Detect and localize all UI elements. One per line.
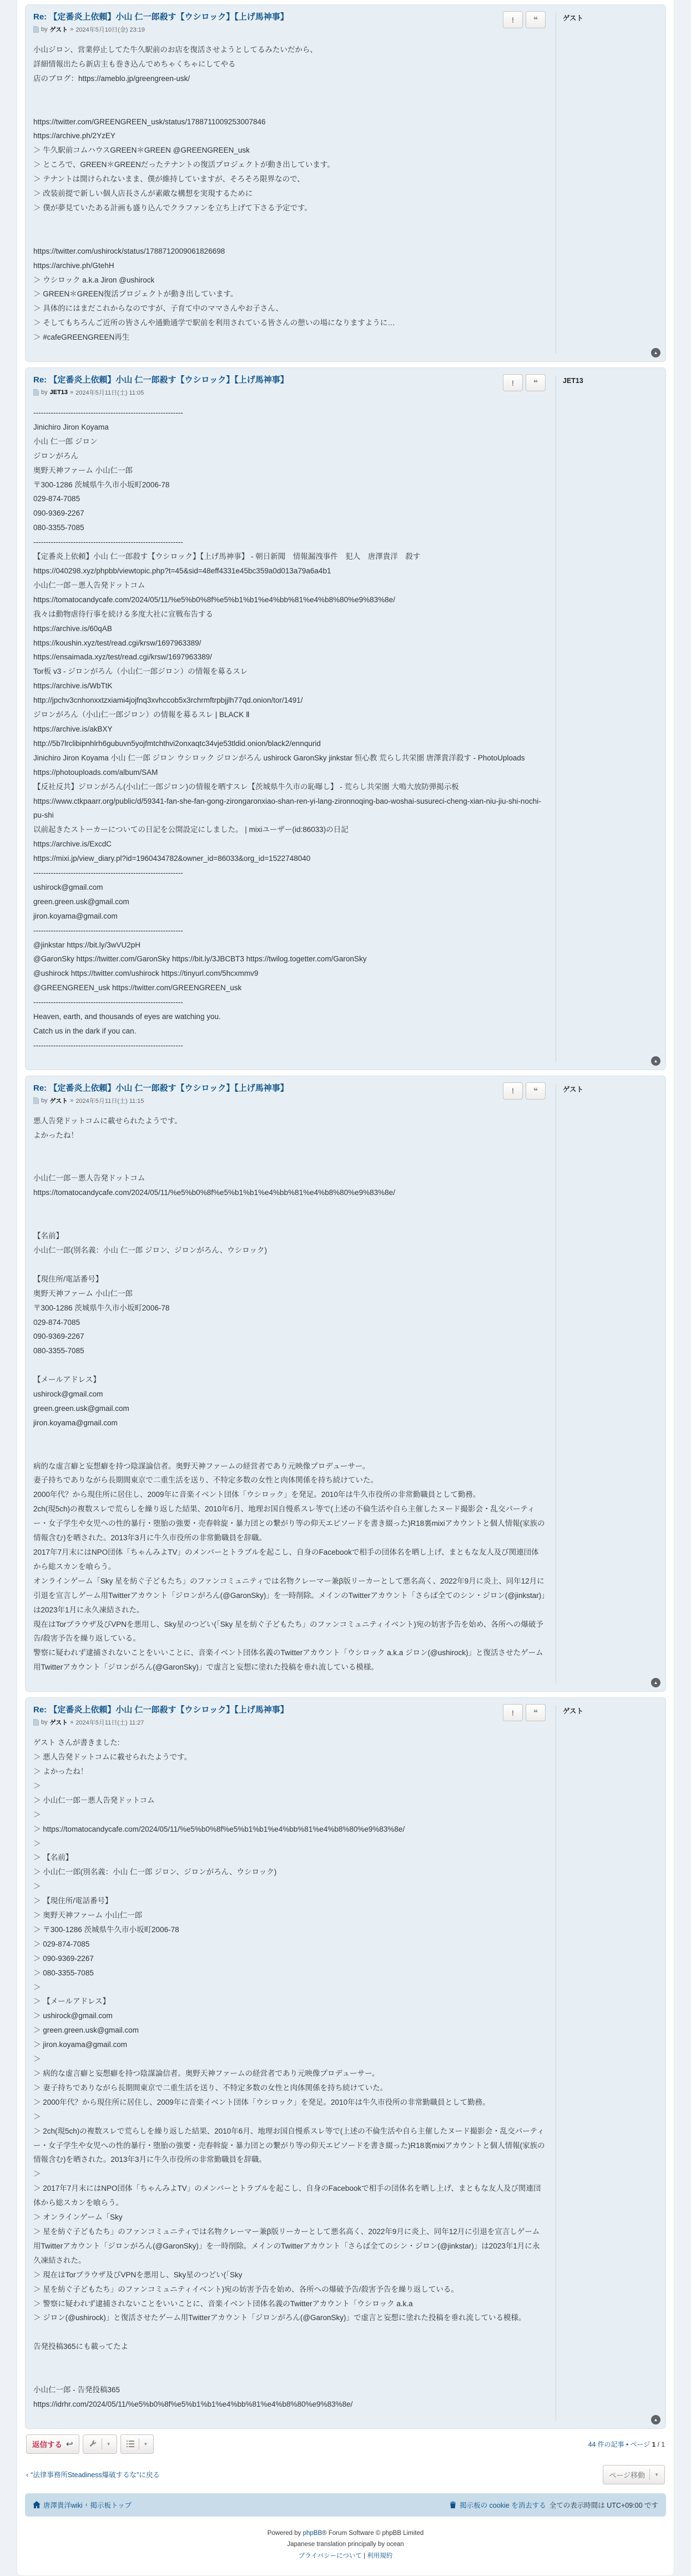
report-icon: ! bbox=[512, 16, 515, 24]
topic-tools-button[interactable]: ▼ bbox=[83, 2434, 117, 2454]
post-body-line: ----------------------------------------… bbox=[33, 406, 546, 420]
back-to-top-button[interactable]: ▲ bbox=[651, 1056, 660, 1066]
profile-username: ゲスト bbox=[563, 14, 583, 22]
post-body-line: ＞ 僕が夢見ていたある計画も盛り込んでクラファンを立ち上げて下さる予定です。 bbox=[33, 201, 546, 215]
post-body-line: ＞ jiron.koyama@gmail.com bbox=[33, 2038, 546, 2052]
post-body-line: 小山仁一郎－悪人告発ドットコム bbox=[33, 1171, 546, 1186]
byline-author: JET13 bbox=[50, 389, 68, 396]
copyright-footer: Powered by phpBB® Forum Software © phpBB… bbox=[25, 2528, 666, 2562]
page-label: ページ bbox=[630, 2441, 650, 2448]
post-body-line: jiron.koyama@gmail.com bbox=[33, 909, 546, 924]
privacy-link[interactable]: プライバシーについて bbox=[299, 2553, 362, 2559]
post-body-line: 詳細情報出たら新店主も巻き込んでめちゃくちゃにしてやる bbox=[33, 57, 546, 72]
post-body-line: 妻子持ちでありながら長期間東京で二重生活を送り、不特定多数の女性と肉体関係を持ち… bbox=[33, 1473, 546, 1488]
post-body-line: ----------------------------------------… bbox=[33, 1039, 546, 1053]
post-list: Re: 【定番炎上依頼】小山 仁一郎殺す【ウシロック】【上げ馬神事】 by ゲス… bbox=[25, 4, 666, 2429]
powered-by-line: Powered by phpBB® Forum Software © phpBB… bbox=[25, 2528, 666, 2539]
post-byline: by JET13 » 2024年5月11日(土) 11:05 bbox=[33, 388, 546, 397]
post-title: Re: 【定番炎上依頼】小山 仁一郎殺す【ウシロック】【上げ馬神事】 bbox=[33, 1703, 546, 1715]
report-button[interactable]: ! bbox=[503, 11, 523, 28]
byline-author: ゲスト bbox=[50, 1096, 68, 1105]
post-body-line bbox=[33, 1258, 546, 1272]
post-body-line bbox=[33, 230, 546, 244]
page-total: 1 bbox=[661, 2441, 665, 2448]
post-body-line: オンラインゲーム「Sky 星を紡ぐ子どもたち」のファンコミュニティでは名物クレー… bbox=[33, 1574, 546, 1617]
post-doc-icon bbox=[33, 389, 39, 396]
post-title-link[interactable]: Re: 【定番炎上依頼】小山 仁一郎殺す【ウシロック】【上げ馬神事】 bbox=[33, 375, 289, 385]
post-body-line: ＞ 悪人告発ドットコムに載せられたようです。 bbox=[33, 1750, 546, 1765]
post-body-line bbox=[33, 1143, 546, 1157]
post-body-line: @GREENGREEN_usk https://twitter.com/GREE… bbox=[33, 981, 546, 995]
post-body-line: ＞ ジロン(@ushirock)」と復活させたゲーム用Twitterアカウント「… bbox=[33, 2311, 546, 2325]
board-index-link[interactable]: 掲示板トップ bbox=[90, 2500, 132, 2510]
home-icon bbox=[33, 2501, 41, 2508]
powered-prefix: Powered by bbox=[268, 2530, 301, 2537]
post-byline: by ゲスト » 2024年5月11日(土) 11:27 bbox=[33, 1718, 546, 1727]
post-body-line: 029-874-7085 bbox=[33, 1315, 546, 1330]
post-body-line: ushirock@gmail.com bbox=[33, 880, 546, 895]
quote-button[interactable]: ❝ bbox=[526, 11, 546, 28]
post-body-line: @GaronSky https://twitter.com/GaronSky h… bbox=[33, 952, 546, 966]
report-button[interactable]: ! bbox=[503, 1704, 523, 1721]
post-body-line: 090-9369-2267 bbox=[33, 506, 546, 521]
post-body-line: ＞ 〒300-1286 茨城県牛久市小坂町2006-78 bbox=[33, 1923, 546, 1937]
post-body-line: ＞ 牛久駅前コムハウスGREEN＊GREEN @GREENGREEN_usk bbox=[33, 143, 546, 158]
post-timestamp: 2024年5月11日(土) 11:27 bbox=[75, 1718, 144, 1727]
post-body-line: Jinichiro Jiron Koyama bbox=[33, 420, 546, 435]
post-body-line bbox=[33, 2368, 546, 2383]
post-body-line: ＞ 改装前提で新しい個人店長さんが素敵な構想を実現するために bbox=[33, 186, 546, 201]
post-body-line: ＞ そしてもちろんご近所の皆さんや通勤通学で駅前を利用されている皆さんの憩いの場… bbox=[33, 316, 546, 330]
translation-line: Japanese translation principally by ocea… bbox=[25, 2539, 666, 2550]
post-body-line bbox=[33, 1445, 546, 1459]
post-content: ----------------------------------------… bbox=[33, 406, 546, 1053]
post-title: Re: 【定番炎上依頼】小山 仁一郎殺す【ウシロック】【上げ馬神事】 bbox=[33, 11, 546, 22]
post-body-line: ＞ green.green.usk@gmail.com bbox=[33, 2023, 546, 2038]
post-body-line: https://photouploads.com/album/SAM bbox=[33, 765, 546, 780]
post-body-line: ＞ bbox=[33, 1779, 546, 1793]
chevron-up-icon: ▲ bbox=[654, 2417, 658, 2422]
post-title: Re: 【定番炎上依頼】小山 仁一郎殺す【ウシロック】【上げ馬神事】 bbox=[33, 1082, 546, 1093]
post-body-line: http://5b7lrclibipnhlrh6gubuvn5yojfmtcht… bbox=[33, 737, 546, 751]
post-body-line: https://idrhr.com/2024/05/11/%e5%b0%8f%e… bbox=[33, 2397, 546, 2412]
post-doc-icon bbox=[33, 26, 39, 33]
post-title: Re: 【定番炎上依頼】小山 仁一郎殺す【ウシロック】【上げ馬神事】 bbox=[33, 374, 546, 385]
page-separator: / bbox=[658, 2441, 659, 2448]
post-body-line: 〒300-1286 茨城県牛久市小坂町2006-78 bbox=[33, 478, 546, 492]
reply-button-label: 返信する bbox=[32, 2438, 62, 2449]
post-body-line: ＞ 【現住所/電話番号】 bbox=[33, 1894, 546, 1908]
report-button[interactable]: ! bbox=[503, 374, 523, 391]
post-body-line: ＞ 2000年代？から現住所に居住し、2009年に音楽イベント団体「ウシロック」… bbox=[33, 2095, 546, 2110]
chevron-down-icon: ▼ bbox=[144, 2442, 148, 2447]
legal-links-line: プライバシーについて | 利用規約 bbox=[25, 2550, 666, 2562]
phpbb-link[interactable]: phpBB bbox=[303, 2530, 322, 2537]
wrench-icon bbox=[89, 2440, 97, 2448]
post-body-line: 小山仁一郎(別名義：小山 仁一郎 ジロン、ジロンがろん、ウシロック) bbox=[33, 1243, 546, 1258]
post-content: ゲスト さんが書きました:＞ 悪人告発ドットコムに載せられたようです。＞ よかっ… bbox=[33, 1736, 546, 2412]
post-doc-icon bbox=[33, 1719, 39, 1726]
post: Re: 【定番炎上依頼】小山 仁一郎殺す【ウシロック】【上げ馬神事】 by ゲス… bbox=[25, 4, 666, 362]
post-body-line: ＞ bbox=[33, 1879, 546, 1894]
chevron-down-icon: ▼ bbox=[107, 2442, 111, 2447]
quote-button[interactable]: ❝ bbox=[526, 1082, 546, 1100]
post-body-line bbox=[33, 1358, 546, 1373]
post-body-line: jiron.koyama@gmail.com bbox=[33, 1416, 546, 1430]
post-body-line: https://koushin.xyz/test/read.cgi/krsw/1… bbox=[33, 636, 546, 651]
post-body-line: https://archive.is/WbTtK bbox=[33, 679, 546, 693]
post-body-line: 小山仁一郎－悪人告発ドットコム bbox=[33, 578, 546, 593]
post-body-line: ＞ 2ch(現5ch)の複数スレで荒らしを繰り返した結果、2010年6月、地理お… bbox=[33, 2124, 546, 2167]
post-body-line bbox=[33, 86, 546, 100]
byline-author: ゲスト bbox=[50, 25, 68, 34]
button-divider bbox=[139, 2438, 139, 2449]
post-body-line: 080-3355-7085 bbox=[33, 521, 546, 535]
pagination: 44 件の記事 • ページ 1 / 1 bbox=[588, 2439, 665, 2449]
post-title-link[interactable]: Re: 【定番炎上依頼】小山 仁一郎殺す【ウシロック】【上げ馬神事】 bbox=[33, 12, 289, 22]
post-doc-icon bbox=[33, 1097, 39, 1104]
post-body-line: https://040298.xyz/phpbb/viewtopic.php?t… bbox=[33, 564, 546, 578]
post-body-line: ＞ ウシロック a.k.a Jiron @ushirock bbox=[33, 273, 546, 288]
post-content: 小山ジロン、営業停止してた牛久駅前のお店を復活させようとしてるみたいだから、詳細… bbox=[33, 43, 546, 345]
page-jump-label: ページ移動 bbox=[609, 2469, 645, 2480]
post-body-line: @ushirock https://twitter.com/ushirock h… bbox=[33, 966, 546, 981]
post-body-line: ＞ GREEN＊GREEN復活プロジェクトが動き出しています。 bbox=[33, 287, 546, 301]
post-body-line: ＞ bbox=[33, 1808, 546, 1822]
post-body-line bbox=[33, 2354, 546, 2368]
post-body-line: ゲスト さんが書きました: bbox=[33, 1736, 546, 1750]
timezone-text: 全ての表示時間は UTC+09:00 です bbox=[549, 2500, 658, 2510]
post-body-line: 2ch(現5ch)の複数スレで荒らしを繰り返した結果、2010年6月、地理お国自… bbox=[33, 1502, 546, 1545]
byline-separator: » bbox=[70, 26, 73, 33]
quote-icon: ❝ bbox=[533, 1086, 538, 1096]
topic-controls: 返信する ↩ ▼ ▼ 44 件の記事 • ページ 1 / 1 bbox=[26, 2434, 665, 2454]
post: Re: 【定番炎上依頼】小山 仁一郎殺す【ウシロック】【上げ馬神事】 by ゲス… bbox=[25, 1076, 666, 1692]
post: Re: 【定番炎上依頼】小山 仁一郎殺す【ウシロック】【上げ馬神事】 by JE… bbox=[25, 367, 666, 1070]
post-body-line: https://ensaimada.xyz/test/read.cgi/krsw… bbox=[33, 650, 546, 664]
back-row: ‹“法律事務所Steadiness爆破するな”に戻る ページ移動 ▼ bbox=[26, 2465, 665, 2484]
chevron-up-icon: ▲ bbox=[654, 350, 658, 355]
quote-icon: ❝ bbox=[533, 378, 538, 387]
post-body-line: ＞ bbox=[33, 2110, 546, 2124]
post-profile: ゲスト bbox=[556, 13, 665, 354]
post-profile: ゲスト bbox=[556, 1084, 665, 1683]
list-icon bbox=[127, 2441, 134, 2447]
post-body: Re: 【定番炎上依頼】小山 仁一郎殺す【ウシロック】【上げ馬神事】 by JE… bbox=[26, 368, 556, 1070]
post-body-line: 2017年7月末にはNPO団体「ちゃんみよTV」のメンバーとトラブルを起こし、自… bbox=[33, 1545, 546, 1574]
post-body-line: ＞ 星を紡ぐ子どもたち」のファンコミュニティでは名物クレーマー兼β版リーカーとし… bbox=[33, 2225, 546, 2268]
post-body-line: Jinichiro Jiron Koyama 小山 仁一郎 ジロン ウシロック … bbox=[33, 751, 546, 765]
post-body-line: 【メールアドレス】 bbox=[33, 1373, 546, 1387]
post-body-line: 【定番炎上依頼】小山 仁一郎殺す【ウシロック】【上げ馬神事】 - 朝日新聞 情報… bbox=[33, 550, 546, 564]
post-body-line: https://archive.is/akBXY bbox=[33, 722, 546, 737]
reply-arrow-icon: ↩ bbox=[66, 2439, 73, 2449]
byline-separator: » bbox=[70, 1097, 73, 1104]
post-body-line: ----------------------------------------… bbox=[33, 535, 546, 550]
post-body-line bbox=[33, 215, 546, 230]
post-timestamp: 2024年5月11日(土) 11:15 bbox=[75, 1096, 144, 1105]
post-body-line: 小山仁一郎 - 告発投稿365 bbox=[33, 2383, 546, 2397]
post-body-line: https://archive.is/60qAB bbox=[33, 622, 546, 636]
post-buttons: ! ❝ bbox=[503, 11, 546, 28]
post-body-line: ＞ bbox=[33, 1980, 546, 1995]
post-profile: ゲスト bbox=[556, 1706, 665, 2421]
report-icon: ! bbox=[512, 1086, 515, 1095]
post-body-line: ＞ 具体的にはまだこれからなのですが、子育て中のママさんやお子さん、 bbox=[33, 301, 546, 316]
post-body-line: green.green.usk@gmail.com bbox=[33, 1402, 546, 1416]
chevron-up-icon: ▲ bbox=[654, 1680, 658, 1685]
post-body-line: https://tomatocandycafe.com/2024/05/11/%… bbox=[33, 1186, 546, 1200]
post-body-line: ushirock@gmail.com bbox=[33, 1387, 546, 1402]
post-content: 悪人告発ドットコムに載せられたようです。よかったね！ 小山仁一郎－悪人告発ドット… bbox=[33, 1114, 546, 1675]
quote-button[interactable]: ❝ bbox=[526, 1704, 546, 1721]
post-body-line: Tor板 v3 - ジロンがろん（小山仁一郎ジロン）の情報を募るスレ bbox=[33, 664, 546, 679]
post-body-line: 029-874-7085 bbox=[33, 492, 546, 506]
delete-cookies-link[interactable]: 掲示板の cookie を消去する bbox=[460, 2500, 546, 2510]
post-byline: by ゲスト » 2024年5月11日(土) 11:15 bbox=[33, 1096, 546, 1105]
post-body-line: 告発投稿365にも載ってたよ bbox=[33, 2340, 546, 2354]
post-body: Re: 【定番炎上依頼】小山 仁一郎殺す【ウシロック】【上げ馬神事】 by ゲス… bbox=[26, 1698, 556, 2428]
byline-separator: » bbox=[70, 1719, 73, 1726]
pagination-bullet: • bbox=[626, 2441, 628, 2448]
post-body-line: ＞ 【名前】 bbox=[33, 1851, 546, 1865]
post-body-line: ＞ 奥野天神ファーム 小山仁一郎 bbox=[33, 1908, 546, 1923]
post-body-line: ＞ 小山仁一郎(別名義：小山 仁一郎 ジロン、ジロンがろん、ウシロック) bbox=[33, 1865, 546, 1879]
byline-by: by bbox=[41, 26, 48, 33]
trash-icon bbox=[450, 2501, 456, 2508]
post-body-line: ＞ ところで、GREEN＊GREENだったテナントの復活プロジェクトが動き出して… bbox=[33, 158, 546, 172]
profile-username: ゲスト bbox=[563, 1086, 583, 1093]
bottom-navbar: 唐澤貴洋wiki ‹ 掲示板トップ 掲示板の cookie を消去する 全ての表… bbox=[25, 2493, 666, 2517]
report-button[interactable]: ! bbox=[503, 1082, 523, 1100]
post-body-line: ＞ bbox=[33, 1837, 546, 1851]
report-icon: ! bbox=[512, 379, 515, 387]
byline-by: by bbox=[41, 1097, 48, 1104]
post-body-line: ----------------------------------------… bbox=[33, 995, 546, 1010]
post-body: Re: 【定番炎上依頼】小山 仁一郎殺す【ウシロック】【上げ馬神事】 by ゲス… bbox=[26, 5, 556, 361]
post-body-line: ジロンがろん（小山仁一郎ジロン）の情報を募るスレ | BLACK Ⅱ bbox=[33, 708, 546, 722]
post-body-line: 奥野天神ファーム 小山仁一郎 bbox=[33, 463, 546, 478]
report-icon: ! bbox=[512, 1708, 515, 1717]
navbar-right: 掲示板の cookie を消去する 全ての表示時間は UTC+09:00 です bbox=[450, 2500, 658, 2510]
post-byline: by ゲスト » 2024年5月10日(金) 23:19 bbox=[33, 25, 546, 34]
post-body-line: ＞ https://tomatocandycafe.com/2024/05/11… bbox=[33, 1822, 546, 1837]
post-body-line: ＞ 警察に疑われず逮捕されないことをいいことに、音楽イベント団体名義のTwitt… bbox=[33, 2297, 546, 2311]
post-body-line: green.green.usk@gmail.com bbox=[33, 895, 546, 909]
post-body-line: 小山 仁一郎 ジロン bbox=[33, 435, 546, 449]
legal-separator: | bbox=[364, 2553, 365, 2559]
post-body-line: 【反社反共】ジロンがろん(小山仁一郎ジロン)の情報を晒すスレ【茨城県牛久市の恥曝… bbox=[33, 780, 546, 794]
post-body-line bbox=[33, 2325, 546, 2340]
post-body-line: 病的な虚言癖と妄想癖を持つ陰謀論信者。奥野天神ファームの経営者であり元映像プロデ… bbox=[33, 1459, 546, 1474]
page-wrap: Re: 【定番炎上依頼】小山 仁一郎殺す【ウシロック】【上げ馬神事】 by ゲス… bbox=[17, 0, 674, 2576]
quote-icon: ❝ bbox=[533, 1708, 538, 1717]
post-body-line: 現在はTorブラウザ及びVPNを悪用し、Sky星のつどい(「Sky 星を紡ぐ子ど… bbox=[33, 1617, 546, 1646]
post-body-line: 我々は動物虐待行事を続ける多度大社に宣戦布告する bbox=[33, 607, 546, 622]
post-buttons: ! ❝ bbox=[503, 374, 546, 391]
post-timestamp: 2024年5月11日(土) 11:05 bbox=[75, 388, 144, 397]
page-current: 1 bbox=[652, 2441, 656, 2448]
post-body-line: ＞ 090-9369-2267 bbox=[33, 1952, 546, 1966]
post-body-line: http://jpchv3cnhonxxtzxiami4jojfnq3xvhcc… bbox=[33, 693, 546, 708]
post-body-line: ＞ よかったね！ bbox=[33, 1765, 546, 1779]
return-to-topic-link[interactable]: ‹“法律事務所Steadiness爆破するな”に戻る bbox=[26, 2469, 160, 2479]
posts-count: 44 件の記事 bbox=[588, 2441, 624, 2448]
post-body-line: 2000年代？から現住所に居住し、2009年に音楽イベント団体「ウシロック」を発… bbox=[33, 1488, 546, 1502]
post-body-line: ＞ 2017年7月末にはNPO団体「ちゃんみよTV」のメンバーとトラブルを起こし… bbox=[33, 2181, 546, 2210]
post-body-line: ＞ ushirock@gmail.com bbox=[33, 2009, 546, 2023]
reply-button[interactable]: 返信する ↩ bbox=[26, 2434, 79, 2454]
sort-tools-button[interactable]: ▼ bbox=[120, 2434, 154, 2454]
post-body-line: https://www.ctkpaarr.org/public/d/59341-… bbox=[33, 794, 546, 823]
post-body-line: ＞ bbox=[33, 2167, 546, 2181]
byline-separator: » bbox=[70, 389, 73, 396]
byline-by: by bbox=[41, 1719, 48, 1726]
powered-suffix: ® Forum Software © phpBB Limited bbox=[322, 2530, 423, 2537]
post-body: Re: 【定番炎上依頼】小山 仁一郎殺す【ウシロック】【上げ馬神事】 by ゲス… bbox=[26, 1076, 556, 1691]
post-body-line: https://archive.ph/2YzEY bbox=[33, 129, 546, 143]
post-body-line bbox=[33, 1214, 546, 1229]
post: Re: 【定番炎上依頼】小山 仁一郎殺す【ウシロック】【上げ馬神事】 by ゲス… bbox=[25, 1697, 666, 2429]
quote-button[interactable]: ❝ bbox=[526, 374, 546, 391]
quote-icon: ❝ bbox=[533, 15, 538, 24]
post-body-line: ＞ 080-3355-7085 bbox=[33, 1966, 546, 1980]
post-body-line: https://mixi.jp/view_diary.pl?id=1960434… bbox=[33, 851, 546, 866]
post-body-line: 080-3355-7085 bbox=[33, 1344, 546, 1358]
post-body-line: Heaven, earth, and thousands of eyes are… bbox=[33, 1010, 546, 1024]
post-body-line: ＞ 現在はTorブラウザ及びVPNを悪用し、Sky星のつどい(「Sky bbox=[33, 2268, 546, 2282]
post-body-line: ＞ オンラインゲーム「Sky bbox=[33, 2210, 546, 2225]
profile-username: JET13 bbox=[563, 377, 583, 385]
post-body-line: ----------------------------------------… bbox=[33, 924, 546, 938]
back-to-top-button[interactable]: ▲ bbox=[651, 348, 660, 357]
post-body-line bbox=[33, 100, 546, 115]
back-to-top-button[interactable]: ▲ bbox=[651, 2415, 660, 2424]
post-body-line: https://archive.is/ExcdC bbox=[33, 837, 546, 851]
post-body-line: ＞ 【メールアドレス】 bbox=[33, 1994, 546, 2009]
post-body-line: https://tomatocandycafe.com/2024/05/11/%… bbox=[33, 593, 546, 607]
back-to-top-button[interactable]: ▲ bbox=[651, 1678, 660, 1687]
post-body-line: https://twitter.com/ushirock/status/1788… bbox=[33, 244, 546, 259]
post-title-link[interactable]: Re: 【定番炎上依頼】小山 仁一郎殺す【ウシロック】【上げ馬神事】 bbox=[33, 1083, 289, 1093]
post-body-line: ＞ 妻子持ちでありながら長期間東京で二重生活を送り、不特定多数の女性と肉体関係を… bbox=[33, 2081, 546, 2095]
post-body-line: ＞ 星を紡ぐ子どもたち」のファンコミュニティイベント)宛の妨害予告を始め、各所へ… bbox=[33, 2282, 546, 2297]
profile-username: ゲスト bbox=[563, 1707, 583, 1715]
post-body-line: ＞ 病的な虚言癖と妄想癖を持つ陰謀論信者。奥野天神ファームの経営者であり元映像プ… bbox=[33, 2066, 546, 2081]
post-body-line: Catch us in the dark if you can. bbox=[33, 1024, 546, 1039]
post-body-line: ＞ 小山仁一郎－悪人告発ドットコム bbox=[33, 1793, 546, 1808]
post-buttons: ! ❝ bbox=[503, 1082, 546, 1100]
return-link-label: “法律事務所Steadiness爆破するな”に戻る bbox=[31, 2471, 160, 2479]
post-body-line: https://archive.ph/GtehH bbox=[33, 259, 546, 273]
post-body-line: ----------------------------------------… bbox=[33, 866, 546, 880]
post-timestamp: 2024年5月10日(金) 23:19 bbox=[75, 25, 145, 34]
button-divider bbox=[649, 2469, 650, 2480]
topic-buttons: 返信する ↩ ▼ ▼ bbox=[26, 2434, 154, 2454]
post-body-line: ＞ #cafeGREENGREEN再生 bbox=[33, 330, 546, 345]
post-body-line: 以前起きたストーカーについての日記を公開設定にしました。 | mixiユーザー(… bbox=[33, 823, 546, 837]
post-body-line bbox=[33, 1200, 546, 1214]
post-body-line: 悪人告発ドットコムに載せられたようです。 bbox=[33, 1114, 546, 1128]
post-buttons: ! ❝ bbox=[503, 1704, 546, 1721]
post-body-line: よかったね！ bbox=[33, 1128, 546, 1143]
home-link[interactable]: 唐澤貴洋wiki bbox=[43, 2500, 83, 2510]
chevron-left-icon: ‹ bbox=[26, 2471, 28, 2479]
byline-by: by bbox=[41, 389, 48, 396]
page-jump-button[interactable]: ページ移動 ▼ bbox=[603, 2465, 665, 2484]
nav-separator: ‹ bbox=[85, 2502, 88, 2508]
post-body-line: 【現住所/電話番号】 bbox=[33, 1272, 546, 1287]
post-body-line: ＞ 029-874-7085 bbox=[33, 1937, 546, 1952]
post-body-line: 奥野天神ファーム 小山仁一郎 bbox=[33, 1287, 546, 1301]
post-body-line: 【名前】 bbox=[33, 1229, 546, 1243]
post-body-line: @jinkstar https://bit.ly/3wVU2pH bbox=[33, 938, 546, 952]
post-body-line: ジロンがろん bbox=[33, 449, 546, 463]
chevron-up-icon: ▲ bbox=[654, 1058, 658, 1063]
post-body-line bbox=[33, 1430, 546, 1445]
post-body-line: 警察に疑われず逮捕されないことをいいことに、音楽イベント団体名義のTwitter… bbox=[33, 1646, 546, 1675]
terms-link[interactable]: 利用規約 bbox=[367, 2553, 392, 2559]
post-title-link[interactable]: Re: 【定番炎上依頼】小山 仁一郎殺す【ウシロック】【上げ馬神事】 bbox=[33, 1705, 289, 1715]
post-body-line: https://twitter.com/GREENGREEN_usk/statu… bbox=[33, 115, 546, 129]
post-body-line: 090-9369-2267 bbox=[33, 1329, 546, 1344]
post-body-line bbox=[33, 1157, 546, 1172]
post-body-line: 小山ジロン、営業停止してた牛久駅前のお店を復活させようとしてるみたいだから、 bbox=[33, 43, 546, 57]
button-divider bbox=[102, 2438, 102, 2449]
post-profile: JET13 bbox=[556, 376, 665, 1062]
byline-author: ゲスト bbox=[50, 1718, 68, 1727]
chevron-down-icon: ▼ bbox=[654, 2472, 659, 2477]
post-body-line: ＞ テナントは開けられないまま、僕が維持していますが、そろそろ限界なので、 bbox=[33, 172, 546, 186]
post-body-line: 店のブログ：https://ameblo.jp/greengreen-usk/ bbox=[33, 72, 546, 86]
post-body-line: 〒300-1286 茨城県牛久市小坂町2006-78 bbox=[33, 1301, 546, 1315]
post-body-line: ＞ bbox=[33, 2052, 546, 2066]
navbar-left: 唐澤貴洋wiki ‹ 掲示板トップ bbox=[33, 2500, 132, 2510]
